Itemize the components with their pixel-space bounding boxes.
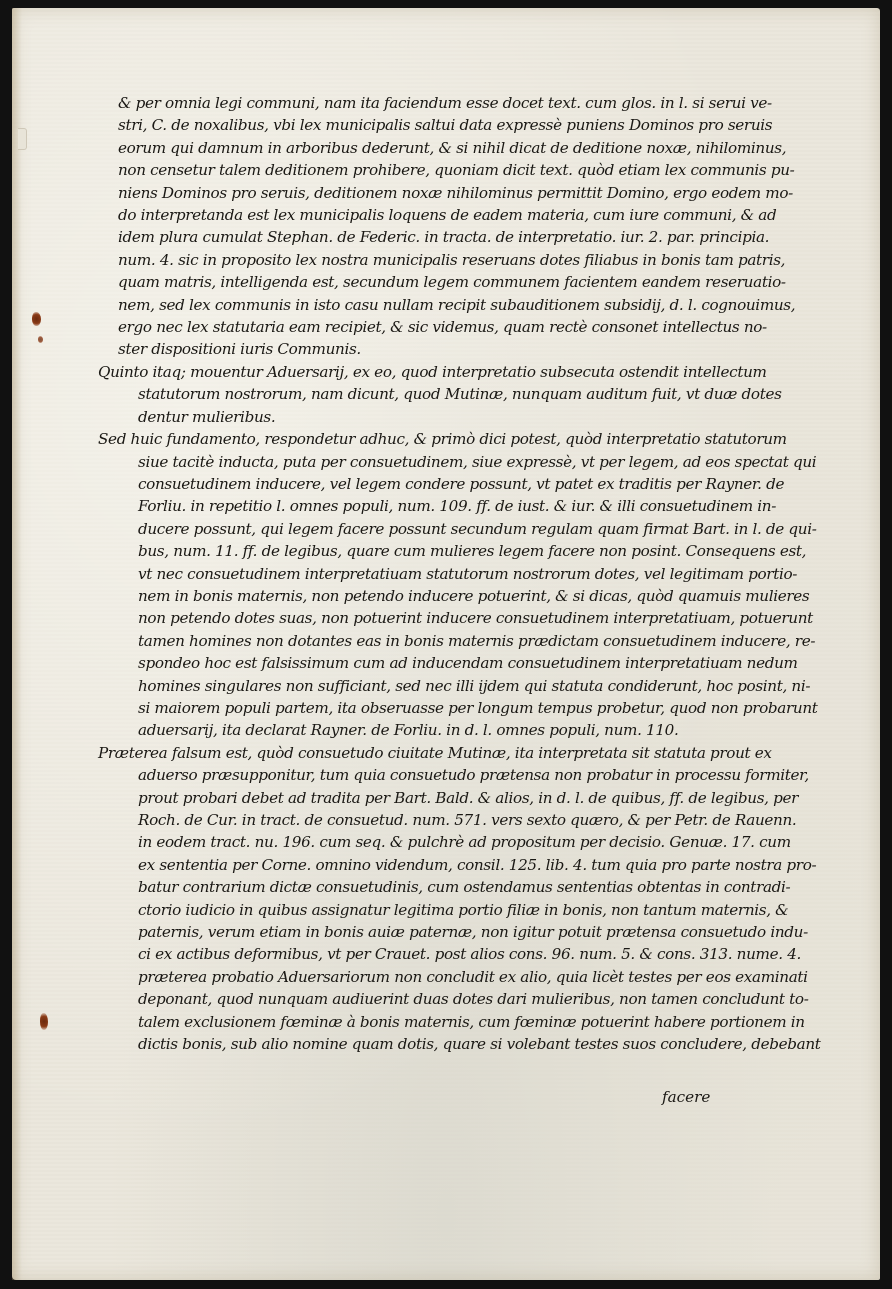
text-line: vt nec consuetudinem interpretatiuam sta… <box>118 563 758 585</box>
paragraph-1: & per omnia legi communi, nam ita facien… <box>118 92 758 361</box>
text-line: bus, num. 11. ff. de legibus, quare cum … <box>118 540 758 562</box>
paragraph-3: Sed huic fundamento, respondetur adhuc, … <box>118 428 758 742</box>
scan-background: & per omnia legi communi, nam ita facien… <box>0 0 892 1289</box>
text-line: idem plura cumulat Stephan. de Federic. … <box>118 226 758 248</box>
text-line: statutorum nostrorum, nam dicunt, quod M… <box>118 383 758 405</box>
text-line: aduerso præsupponitur, tum quia consuetu… <box>118 764 758 786</box>
text-line: talem exclusionem fœminæ à bonis materni… <box>118 1011 758 1033</box>
document-body: & per omnia legi communi, nam ita facien… <box>118 92 758 1055</box>
text-line: nem in bonis maternis, non petendo induc… <box>118 585 758 607</box>
text-line: stri, C. de noxalibus, vbi lex municipal… <box>118 114 758 136</box>
text-line: tamen homines non dotantes eas in bonis … <box>118 630 758 652</box>
text-line: non censetur talem deditionem prohibere,… <box>118 159 758 181</box>
text-line: ergo nec lex statutaria eam recipiet, & … <box>118 316 758 338</box>
text-line: ctorio iudicio in quibus assignatur legi… <box>118 899 758 921</box>
catchword: facere <box>662 1088 710 1106</box>
text-line: Præterea falsum est, quòd consuetudo ciu… <box>98 742 758 764</box>
ink-stain-upper <box>32 312 41 326</box>
text-line: ex sententia per Corne. omnino videndum,… <box>118 854 758 876</box>
paragraph-4: Præterea falsum est, quòd consuetudo ciu… <box>118 742 758 1056</box>
text-line: spondeo hoc est falsissimum cum ad induc… <box>118 652 758 674</box>
paragraph-2: Quinto itaq; mouentur Aduersarij, ex eo,… <box>118 361 758 428</box>
text-line: homines singulares non sufficiant, sed n… <box>118 675 758 697</box>
text-line: consuetudinem inducere, vel legem conder… <box>118 473 758 495</box>
text-line: nem, sed lex communis in isto casu nulla… <box>118 294 758 316</box>
text-line: si maiorem populi partem, ita obseruasse… <box>118 697 758 719</box>
text-line: in eodem tract. nu. 196. cum seq. & pulc… <box>118 831 758 853</box>
text-line: siue tacitè inducta, puta per consuetudi… <box>118 451 758 473</box>
text-line: dictis bonis, sub alio nomine quam dotis… <box>118 1033 758 1055</box>
binding-tab <box>18 128 27 150</box>
text-line: quam matris, intelligenda est, secundum … <box>118 271 758 293</box>
text-line: Forliu. in repetitio l. omnes populi, nu… <box>118 495 758 517</box>
text-line: eorum qui damnum in arboribus dederunt, … <box>118 137 758 159</box>
text-line: batur contrarium dictæ consuetudinis, cu… <box>118 876 758 898</box>
text-line: paternis, verum etiam in bonis auiæ pate… <box>118 921 758 943</box>
ink-stain-lower <box>40 1013 48 1030</box>
text-line: ducere possunt, qui legem facere possunt… <box>118 518 758 540</box>
text-line: aduersarij, ita declarat Rayner. de Forl… <box>118 719 758 741</box>
text-line: niens Dominos pro seruis, deditionem nox… <box>118 182 758 204</box>
text-line: Quinto itaq; mouentur Aduersarij, ex eo,… <box>98 361 758 383</box>
ink-stain-small <box>38 336 43 343</box>
text-line: Sed huic fundamento, respondetur adhuc, … <box>98 428 758 450</box>
text-line: non petendo dotes suas, non potuerint in… <box>118 607 758 629</box>
text-line: ster dispositioni iuris Communis. <box>118 338 758 360</box>
text-line: & per omnia legi communi, nam ita facien… <box>118 92 758 114</box>
text-line: ci ex actibus deformibus, vt per Crauet.… <box>118 943 758 965</box>
text-line: deponant, quod nunquam audiuerint duas d… <box>118 988 758 1010</box>
text-line: dentur mulieribus. <box>118 406 758 428</box>
text-line: præterea probatio Aduersariorum non conc… <box>118 966 758 988</box>
text-line: prout probari debet ad tradita per Bart.… <box>118 787 758 809</box>
text-line: do interpretanda est lex municipalis loq… <box>118 204 758 226</box>
text-line: num. 4. sic in proposito lex nostra muni… <box>118 249 758 271</box>
text-line: Roch. de Cur. in tract. de consuetud. nu… <box>118 809 758 831</box>
